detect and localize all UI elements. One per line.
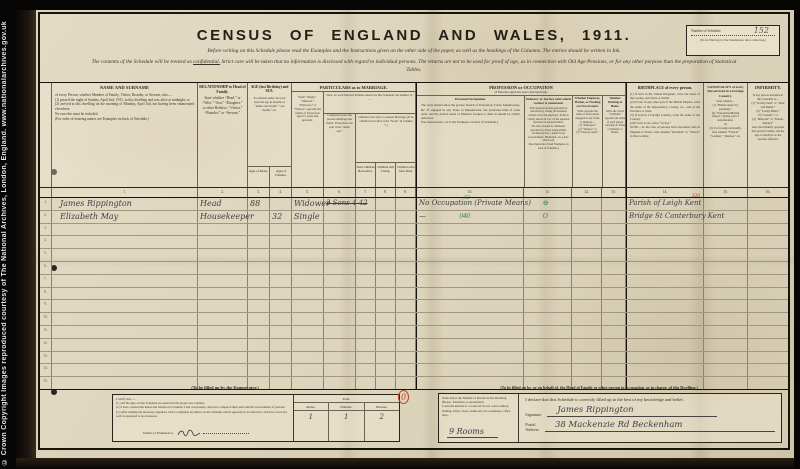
table-header: NAME AND SURNAME of every Person, whethe… xyxy=(40,82,788,188)
cell-cb xyxy=(356,364,376,376)
row-number: 13. xyxy=(40,352,52,364)
cell-rel xyxy=(198,275,248,287)
cell-occ xyxy=(416,313,524,325)
cell-nat xyxy=(704,288,748,300)
cell-occ xyxy=(416,288,524,300)
column-number: 3. xyxy=(248,188,270,197)
cell-nat xyxy=(704,339,748,351)
cell-cb xyxy=(356,313,376,325)
row-number: 5. xyxy=(40,249,52,261)
cell-years xyxy=(324,339,356,351)
column-number: 13. xyxy=(602,188,626,197)
header-age-sex: AGE (last Birthday) and SEX. For Infants… xyxy=(248,83,292,187)
handwritten-rel: Housekeeper xyxy=(198,212,254,221)
header-children-living: Children still Living. xyxy=(376,163,396,187)
cell-birth xyxy=(626,262,704,274)
cell-nat xyxy=(704,236,748,248)
cell-birth xyxy=(626,224,704,236)
cell-occ xyxy=(416,275,524,287)
table-row: 14. xyxy=(40,364,788,377)
cell-inf xyxy=(748,288,788,300)
cell-rel xyxy=(198,249,248,261)
cell-marr xyxy=(292,275,324,287)
cell-cl xyxy=(376,198,396,210)
cell-nat xyxy=(704,352,748,364)
cell-inf xyxy=(748,211,788,223)
scan-border-right xyxy=(794,0,800,469)
cell-cd xyxy=(396,211,416,223)
cell-home xyxy=(602,262,626,274)
cell-emp xyxy=(572,198,602,210)
cell-home xyxy=(602,300,626,312)
cell-rel xyxy=(198,364,248,376)
clerk-green-mark: ⊖ xyxy=(543,200,549,207)
form-footer: (To be filled up by the Enumerator.) I c… xyxy=(40,382,788,448)
cell-age_f xyxy=(270,288,292,300)
cell-cd xyxy=(396,249,416,261)
cell-inf xyxy=(748,326,788,338)
cell-marr xyxy=(292,288,324,300)
declaration-body: I declare that this Schedule is correctl… xyxy=(519,394,781,442)
header-relationship: RELATIONSHIP to Head of Family. State wh… xyxy=(198,83,248,187)
header-nationality: NATIONALITY of every Person born in a Fo… xyxy=(704,83,748,187)
cell-ind xyxy=(524,262,572,274)
cell-age_m xyxy=(248,211,270,223)
cell-ind xyxy=(524,224,572,236)
instruction-line-1: Before writing on this Schedule please r… xyxy=(85,47,743,55)
totals-females-value: 1 xyxy=(329,411,364,441)
cell-marr xyxy=(292,224,324,236)
clerk-green-mark: 040 xyxy=(459,213,470,220)
cell-age_m xyxy=(248,262,270,274)
cell-cb xyxy=(356,300,376,312)
scan-border-bottom xyxy=(0,458,800,469)
declaration-box: Write below the Number of Rooms in this … xyxy=(438,393,782,443)
cell-cl xyxy=(376,236,396,248)
cell-age_m: 88 xyxy=(248,198,270,210)
cell-birth xyxy=(626,352,704,364)
row-number: 1. xyxy=(40,198,52,210)
table-row: 9. xyxy=(40,300,788,313)
cell-rel: Housekeeper xyxy=(198,211,248,223)
table-row: 11. xyxy=(40,326,788,339)
cell-years xyxy=(324,364,356,376)
cell-cd xyxy=(396,262,416,274)
totals-males-value: 1 xyxy=(294,411,329,441)
cell-emp xyxy=(572,364,602,376)
cell-inf xyxy=(748,275,788,287)
cell-emp xyxy=(572,249,602,261)
cell-age_f xyxy=(270,339,292,351)
cell-age_f xyxy=(270,313,292,325)
cell-nat xyxy=(704,313,748,325)
table-row: 3. xyxy=(40,224,788,237)
cell-cl xyxy=(376,352,396,364)
cell-home xyxy=(602,288,626,300)
cell-emp xyxy=(572,300,602,312)
cell-marr xyxy=(292,352,324,364)
cell-age_f xyxy=(270,262,292,274)
cell-age_f xyxy=(270,326,292,338)
cell-cl xyxy=(376,326,396,338)
cell-rel xyxy=(198,236,248,248)
cell-occ xyxy=(416,224,524,236)
cell-age_m xyxy=(248,364,270,376)
cell-cb xyxy=(356,236,376,248)
postal-address-row: Postal Address 38 Mackenzie Rd Beckenham xyxy=(525,420,775,432)
signature-label: Signature xyxy=(525,412,541,417)
cell-occ: —040 xyxy=(416,211,524,223)
cell-inf xyxy=(748,249,788,261)
table-row: 6. xyxy=(40,262,788,275)
cell-emp xyxy=(572,236,602,248)
column-number: 7. xyxy=(356,188,376,197)
cell-name xyxy=(52,262,198,274)
cell-years xyxy=(324,275,356,287)
cell-cb xyxy=(356,211,376,223)
cell-marr xyxy=(292,339,324,351)
handwritten-name: Elizabeth May xyxy=(52,212,118,221)
column-number-strip: 1.2.3.4.5.6.7.8.9.10.11.12.13.14.15.16. xyxy=(40,188,788,198)
cell-age_m xyxy=(248,249,270,261)
cell-cb xyxy=(356,224,376,236)
cell-birth: Bridge St Canterbury Kent xyxy=(626,211,704,223)
cell-nat xyxy=(704,224,748,236)
declaration-heading: (To be filled up by, or on behalf of, th… xyxy=(410,382,788,390)
rooms-value: 9 Rooms xyxy=(447,426,498,438)
header-children-group: Children born alive to present Marriage.… xyxy=(356,114,416,187)
cell-inf xyxy=(748,198,788,210)
cell-marr xyxy=(292,236,324,248)
cell-ind xyxy=(524,275,572,287)
row-number: 8. xyxy=(40,288,52,300)
cell-age_f xyxy=(270,300,292,312)
form-header: CENSUS OF ENGLAND AND WALES, 1911. Befor… xyxy=(40,14,788,82)
header-industry: Industry or Service with which worker is… xyxy=(525,96,573,187)
cell-age_m xyxy=(248,326,270,338)
enumerator-section: (To be filled up by the Enumerator.) I c… xyxy=(40,382,410,448)
cell-nat xyxy=(704,198,748,210)
table-row: 7. xyxy=(40,275,788,288)
cell-age_f xyxy=(270,275,292,287)
cell-inf xyxy=(748,339,788,351)
cell-age_f xyxy=(270,198,292,210)
cell-rel xyxy=(198,300,248,312)
cell-rel xyxy=(198,313,248,325)
cell-home xyxy=(602,275,626,287)
cell-ind xyxy=(524,339,572,351)
cell-years: 3 Sons 4 42 xyxy=(324,198,356,210)
cell-birth xyxy=(626,326,704,338)
cell-cb xyxy=(356,339,376,351)
cell-inf xyxy=(748,313,788,325)
cell-years xyxy=(324,352,356,364)
cell-name xyxy=(52,249,198,261)
table-row: 13. xyxy=(40,352,788,365)
cell-ind xyxy=(524,313,572,325)
cell-name xyxy=(52,288,198,300)
cell-ind xyxy=(524,326,572,338)
header-employer-worker: Whether Employer, Worker, or Working on … xyxy=(573,96,603,187)
cell-cl xyxy=(376,364,396,376)
header-working-at-home: Whether Working at Home. Write the words… xyxy=(603,96,626,187)
cell-home xyxy=(602,352,626,364)
cell-occ xyxy=(416,300,524,312)
cell-age_m xyxy=(248,352,270,364)
cell-ind: ⊖ xyxy=(524,198,572,210)
cell-marr: Widower xyxy=(292,198,324,210)
cell-name xyxy=(52,364,198,376)
cell-marr: Single xyxy=(292,211,324,223)
cell-occ xyxy=(416,326,524,338)
cell-years xyxy=(324,224,356,236)
cell-home xyxy=(602,326,626,338)
cell-nat xyxy=(704,300,748,312)
declaration-section: (To be filled up by, or on behalf of, th… xyxy=(410,382,788,448)
cell-marr xyxy=(292,300,324,312)
handwritten-age_m: 88 xyxy=(248,199,260,208)
cell-cd xyxy=(396,326,416,338)
cell-cl xyxy=(376,211,396,223)
cell-occ xyxy=(416,262,524,274)
cell-age_f xyxy=(270,236,292,248)
cell-name xyxy=(52,339,198,351)
column-number: 9. xyxy=(396,188,416,197)
copyright-text: © Crown Copyright Images reproduced cour… xyxy=(1,21,8,465)
row-number: 4. xyxy=(40,236,52,248)
cell-inf xyxy=(748,262,788,274)
cell-birth xyxy=(626,236,704,248)
cell-inf xyxy=(748,236,788,248)
cell-marr xyxy=(292,249,324,261)
header-personal-occupation: Personal Occupation. The reply should sh… xyxy=(417,96,525,187)
colnum-blank xyxy=(40,188,52,197)
cell-home xyxy=(602,211,626,223)
row-number: 14. xyxy=(40,364,52,376)
cell-occ xyxy=(416,236,524,248)
signature-value: James Rippington xyxy=(547,405,717,417)
cell-home xyxy=(602,339,626,351)
cell-age_f xyxy=(270,364,292,376)
cell-birth xyxy=(626,300,704,312)
cell-age_f xyxy=(270,249,292,261)
cell-birth xyxy=(626,249,704,261)
column-number: 15. xyxy=(704,188,748,197)
cell-nat xyxy=(704,211,748,223)
table-row: 10. xyxy=(40,313,788,326)
instruction-line-2: The contents of the Schedule will be tre… xyxy=(85,58,743,74)
cell-marr xyxy=(292,364,324,376)
postal-address-value: 38 Mackenzie Rd Beckenham xyxy=(545,420,775,432)
table-row: 5. xyxy=(40,249,788,262)
table-row: 12. xyxy=(40,339,788,352)
header-rownum xyxy=(40,83,52,187)
totals-persons-value: 2 xyxy=(365,411,399,441)
column-number: 5. xyxy=(292,188,324,197)
cell-cd xyxy=(396,198,416,210)
cell-cd xyxy=(396,288,416,300)
cell-cd xyxy=(396,300,416,312)
cell-birth xyxy=(626,364,704,376)
copyright-strip: © Crown Copyright Images reproduced cour… xyxy=(0,0,16,469)
row-number: 9. xyxy=(40,300,52,312)
cell-emp xyxy=(572,352,602,364)
cell-cl xyxy=(376,224,396,236)
cell-name xyxy=(52,326,198,338)
scan-edge-shadow xyxy=(16,0,36,469)
table-row: 8. xyxy=(40,288,788,301)
cell-age_m xyxy=(248,224,270,236)
column-number: 11. xyxy=(524,188,572,197)
cell-rel xyxy=(198,262,248,274)
cell-cl xyxy=(376,339,396,351)
header-marriage-years: Completed years the present Marriage has… xyxy=(324,114,356,187)
cell-cb xyxy=(356,288,376,300)
cell-emp xyxy=(572,275,602,287)
totals-persons-label: Persons. xyxy=(365,403,399,410)
cell-age_f: 32 xyxy=(270,211,292,223)
table-row: 2.Elizabeth MayHousekeeper32Single—040OB… xyxy=(40,211,788,224)
cell-birth xyxy=(626,275,704,287)
column-number: 12. xyxy=(572,188,602,197)
cell-nat xyxy=(704,249,748,261)
row-number: 3. xyxy=(40,224,52,236)
handwritten-rel: Head xyxy=(198,199,222,208)
header-children-born: Total Children Born Alive. xyxy=(356,163,376,187)
header-children-died: Children who have Died. xyxy=(396,163,416,187)
cell-ind: O xyxy=(524,211,572,223)
cell-years xyxy=(324,249,356,261)
handwritten-age_f: 32 xyxy=(270,212,282,221)
cell-emp xyxy=(572,339,602,351)
cell-years xyxy=(324,262,356,274)
cell-name xyxy=(52,236,198,248)
row-number: 2. xyxy=(40,211,52,223)
row-number: 11. xyxy=(40,326,52,338)
column-number: 2. xyxy=(198,188,248,197)
signature-row: Signature James Rippington xyxy=(525,405,775,417)
header-birthplace: BIRTHPLACE of every person. (1) If born … xyxy=(626,83,704,187)
cell-years xyxy=(324,288,356,300)
column-number: 1. xyxy=(52,188,198,197)
row-number: 12. xyxy=(40,339,52,351)
cell-years xyxy=(324,326,356,338)
column-number: 8. xyxy=(376,188,396,197)
struck-out-entry: 3 Sons 4 42 xyxy=(326,198,368,209)
cell-age_m xyxy=(248,288,270,300)
cell-cl xyxy=(376,275,396,287)
cell-birth xyxy=(626,288,704,300)
cell-age_m xyxy=(248,339,270,351)
cell-name xyxy=(52,224,198,236)
cell-nat xyxy=(704,364,748,376)
cell-cd xyxy=(396,275,416,287)
cell-nat xyxy=(704,262,748,274)
cell-age_f xyxy=(270,224,292,236)
cell-ind xyxy=(524,288,572,300)
cell-age_f xyxy=(270,352,292,364)
cell-age_m xyxy=(248,300,270,312)
cell-ind xyxy=(524,249,572,261)
cell-ind xyxy=(524,352,572,364)
column-number: 10. xyxy=(416,188,524,197)
handwritten-occ: — xyxy=(417,212,426,220)
cell-home xyxy=(602,364,626,376)
cell-birth: Parish of Leigh Kent320 xyxy=(626,198,704,210)
cell-rel xyxy=(198,339,248,351)
cell-cl xyxy=(376,313,396,325)
rooms-instruction: Write below the Number of Rooms in this … xyxy=(442,396,511,417)
cell-occ xyxy=(416,249,524,261)
cell-home xyxy=(602,198,626,210)
enumerator-certify-text: I certify that :— (1.) All the ages on t… xyxy=(113,395,293,441)
cell-cl xyxy=(376,300,396,312)
cell-rel: Head xyxy=(198,198,248,210)
cell-years xyxy=(324,300,356,312)
header-name: NAME AND SURNAME of every Person, whethe… xyxy=(52,83,198,187)
row-number: 10. xyxy=(40,313,52,325)
cell-years xyxy=(324,313,356,325)
census-table: NAME AND SURNAME of every Person, whethe… xyxy=(40,82,788,390)
column-number: 6. xyxy=(324,188,356,197)
cell-inf xyxy=(748,364,788,376)
enumerator-initials: Initials of Enumerator. xyxy=(143,428,249,438)
cell-cl xyxy=(376,288,396,300)
cell-marr xyxy=(292,262,324,274)
table-row: 1.James RippingtonHead88Widower3 Sons 4 … xyxy=(40,198,788,211)
cell-birth xyxy=(626,313,704,325)
cell-name xyxy=(52,275,198,287)
cell-name xyxy=(52,300,198,312)
cell-name xyxy=(52,313,198,325)
cell-years xyxy=(324,211,356,223)
cell-inf xyxy=(748,352,788,364)
cell-rel xyxy=(198,288,248,300)
cell-age_m xyxy=(248,275,270,287)
cell-cb xyxy=(356,262,376,274)
cell-rel xyxy=(198,224,248,236)
cell-name xyxy=(52,352,198,364)
handwritten-name: James Rippington xyxy=(52,199,132,208)
header-marriage-group: PARTICULARS as to MARRIAGE. Write “Singl… xyxy=(292,83,416,187)
cell-name: Elizabeth May xyxy=(52,211,198,223)
cell-age_m xyxy=(248,313,270,325)
cell-emp xyxy=(572,313,602,325)
cell-cd xyxy=(396,224,416,236)
cell-emp xyxy=(572,288,602,300)
cell-cl xyxy=(376,249,396,261)
schedule-number-label: Number of Schedule xyxy=(691,29,721,33)
cell-cd xyxy=(396,236,416,248)
cell-occ xyxy=(416,364,524,376)
cell-cd xyxy=(396,364,416,376)
enumerator-heading: (To be filled up by the Enumerator.) xyxy=(40,382,410,390)
clerk-red-zero-mark: 0 xyxy=(398,390,409,404)
row-number: 7. xyxy=(40,275,52,287)
row-number: 6. xyxy=(40,262,52,274)
cell-age_m xyxy=(248,236,270,248)
clerk-green-mark: 32 xyxy=(464,195,470,201)
cell-home xyxy=(602,224,626,236)
cell-years xyxy=(324,236,356,248)
cell-cb xyxy=(356,249,376,261)
handwritten-marr: Single xyxy=(292,212,320,221)
column-number: 4. xyxy=(270,188,292,197)
totals-header: Total. xyxy=(294,395,399,403)
cell-cb xyxy=(356,275,376,287)
page-title: CENSUS OF ENGLAND AND WALES, 1911. xyxy=(40,14,788,44)
cell-marr xyxy=(292,313,324,325)
